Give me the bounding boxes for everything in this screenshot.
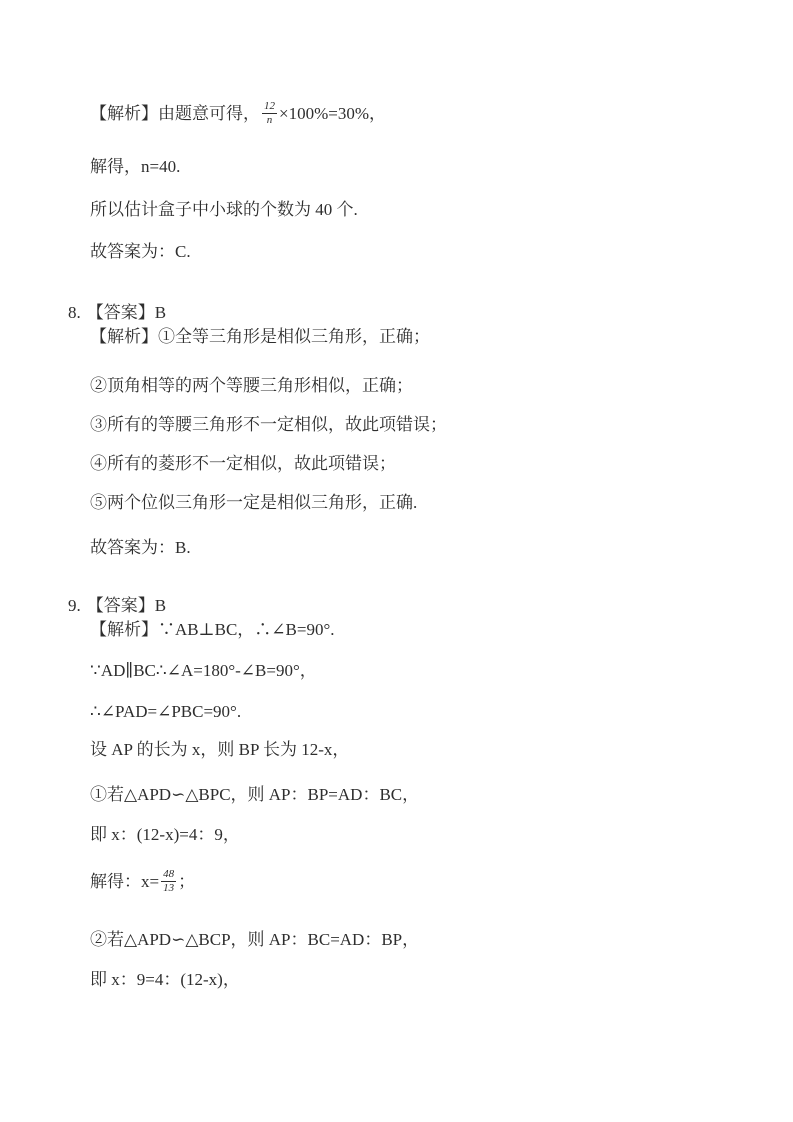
formula-tail-text: ×100%=30%， — [279, 104, 386, 123]
solution-line: ④所有的菱形不一定相似，故此项错误； — [90, 453, 396, 475]
solution-line: 【解析】①全等三角形是相似三角形，正确； — [90, 326, 430, 348]
answer-label-text: 【答案】B — [87, 596, 166, 615]
solution-line: 即 x：(12-x)=4：9， — [90, 824, 240, 846]
fraction-denominator: 13 — [161, 882, 176, 895]
answer-line: 故答案为：C. — [90, 241, 191, 263]
formula-tail-text: ； — [178, 872, 195, 891]
document-page: 【解析】由题意可得，12n×100%=30%， 解得，n=40. 所以估计盒子中… — [0, 0, 793, 1122]
question-number: 8. — [68, 302, 81, 324]
question-9-answer-line: 9.【答案】B — [68, 595, 166, 617]
solution-line: ∴∠PAD=∠PBC=90°. — [90, 701, 241, 723]
solution-line: 设 AP 的长为 x，则 BP 长为 12-x， — [90, 739, 349, 761]
fraction-numerator: 48 — [161, 868, 176, 882]
solution-line-formula: 解得：x=4813； — [90, 870, 195, 896]
solution-line: ⑤两个位似三角形一定是相似三角形，正确. — [90, 492, 417, 514]
fraction-12-over-n: 12n — [262, 100, 277, 126]
solution-line: ①若△APD∽△BPC，则 AP：BP=AD：BC， — [90, 784, 419, 806]
solution-line: 所以估计盒子中小球的个数为 40 个. — [90, 199, 358, 221]
question-number: 9. — [68, 595, 81, 617]
fraction-denominator: n — [265, 114, 275, 127]
answer-label-text: 【答案】B — [87, 303, 166, 322]
answer-line: 故答案为：B. — [90, 537, 191, 559]
question-8-answer-line: 8.【答案】B — [68, 302, 166, 324]
solution-line: 【解析】∵AB⊥BC，∴∠B=90°. — [90, 619, 335, 641]
solution-line: ③所有的等腰三角形不一定相似，故此项错误； — [90, 414, 447, 436]
solve-label-text: 解得：x= — [90, 872, 159, 891]
solution-line-formula: 【解析】由题意可得，12n×100%=30%， — [90, 102, 386, 128]
solution-line: 解得，n=40. — [90, 156, 180, 178]
fraction-48-over-13: 4813 — [161, 868, 176, 894]
solution-line: ∵AD∥BC∴∠A=180°-∠B=90°， — [90, 660, 317, 682]
solution-line: ②若△APD∽△BCP，则 AP：BC=AD：BP， — [90, 929, 419, 951]
solution-line: 即 x：9=4：(12-x)， — [90, 969, 240, 991]
jiexi-label-text: 【解析】由题意可得， — [90, 104, 260, 123]
fraction-numerator: 12 — [262, 100, 277, 114]
solution-line: ②顶角相等的两个等腰三角形相似，正确； — [90, 375, 413, 397]
